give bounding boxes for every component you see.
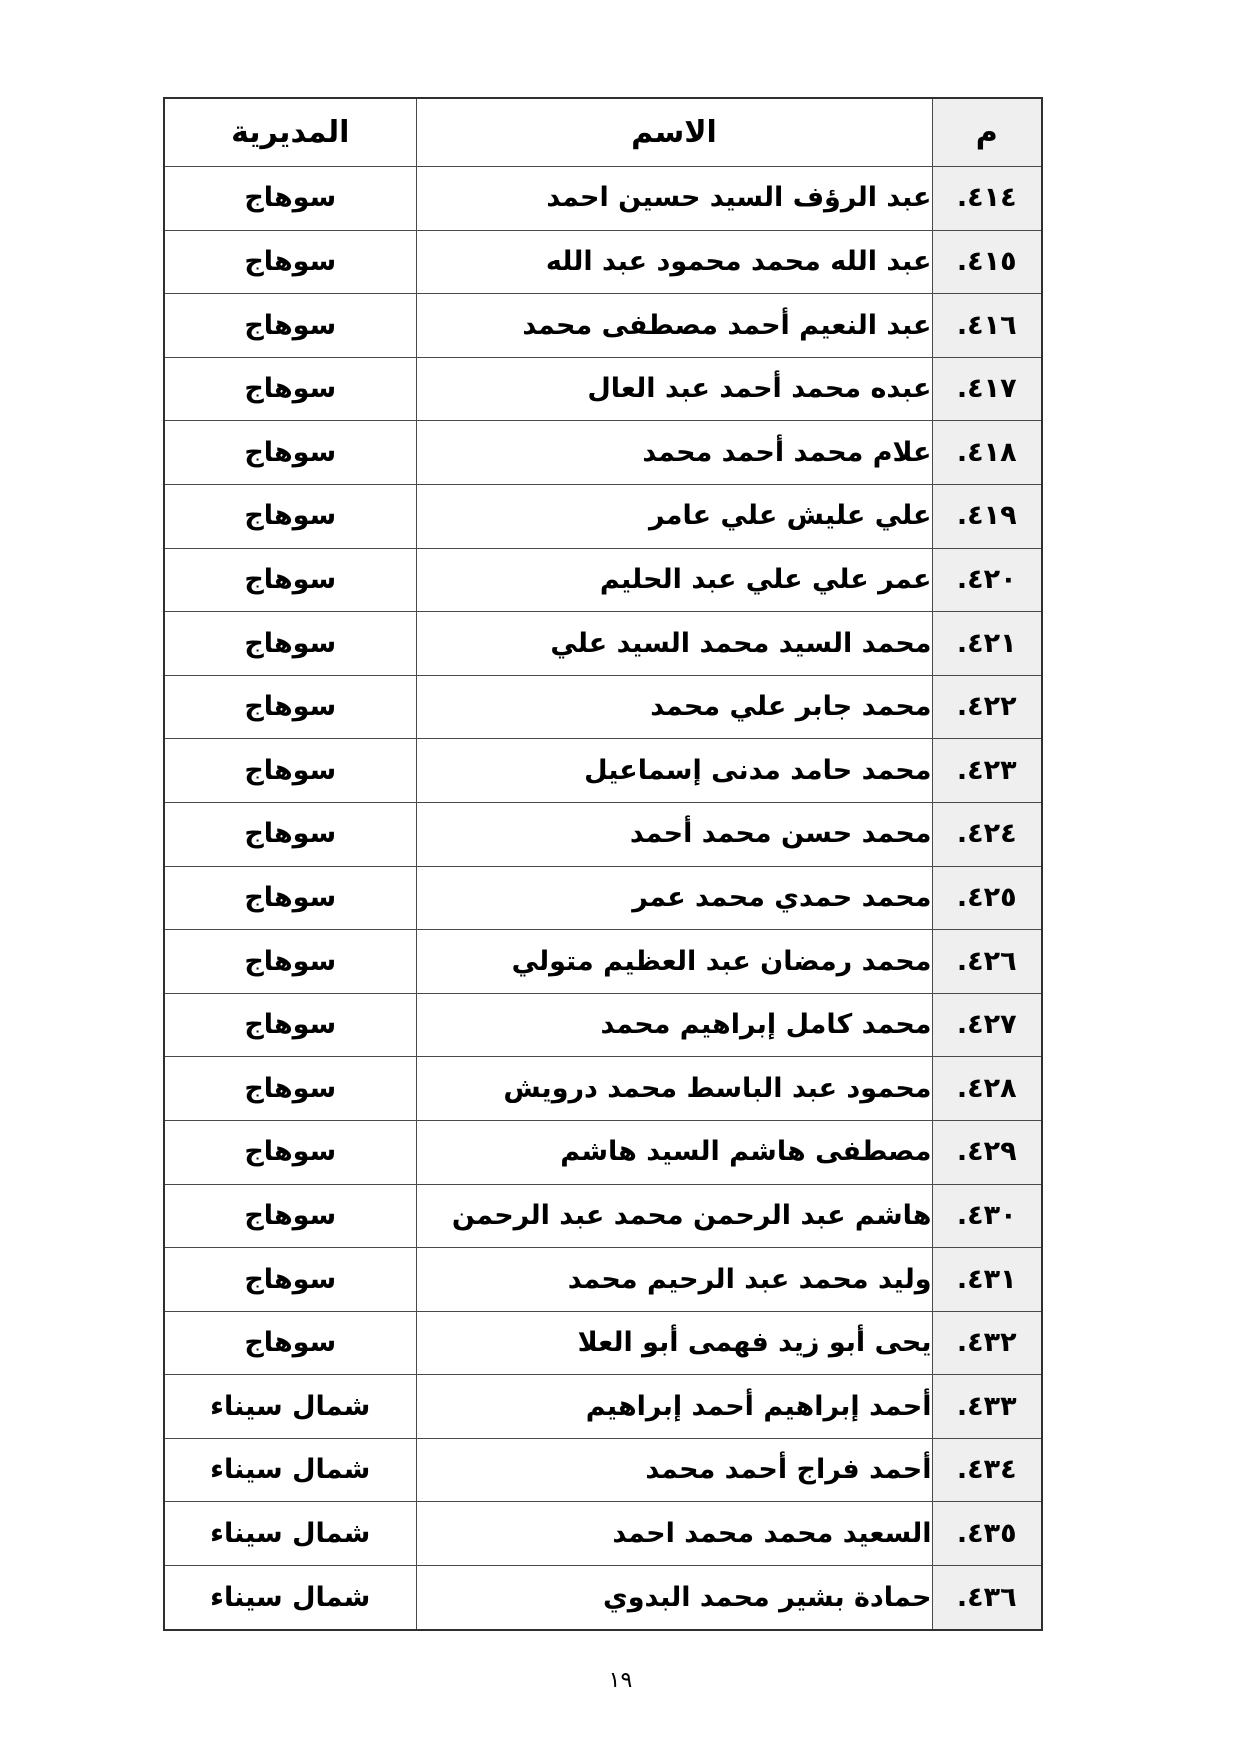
directorate-cell: شمال سيناء xyxy=(164,1502,416,1566)
table-row: ٤٢٠. عمر علي علي عبد الحليم سوهاج xyxy=(164,548,1042,612)
directorate-cell: سوهاج xyxy=(164,230,416,294)
table-row: ٤٢٨. محمود عبد الباسط محمد درويش سوهاج xyxy=(164,1057,1042,1121)
row-number-cell: ٤٢٤. xyxy=(932,802,1042,866)
name-cell: محمد كامل إبراهيم محمد xyxy=(416,993,932,1057)
table-row: ٤٢٢. محمد جابر علي محمد سوهاج xyxy=(164,675,1042,739)
row-number-cell: ٤٣٣. xyxy=(932,1375,1042,1439)
row-number-cell: ٤١٧. xyxy=(932,357,1042,421)
name-cell: محمد حمدي محمد عمر xyxy=(416,866,932,930)
table-row: ٤٣٥. السعيد محمد محمد احمد شمال سيناء xyxy=(164,1502,1042,1566)
row-number-cell: ٤٣٤. xyxy=(932,1438,1042,1502)
page-number: ١٩ xyxy=(0,1668,1241,1693)
table-row: ٤٣٢. يحى أبو زيد فهمى أبو العلا سوهاج xyxy=(164,1311,1042,1375)
name-cell: عبده محمد أحمد عبد العال xyxy=(416,357,932,421)
table-row: ٤١٨. علام محمد أحمد محمد سوهاج xyxy=(164,421,1042,485)
table-row: ٤٣٠. هاشم عبد الرحمن محمد عبد الرحمن سوه… xyxy=(164,1184,1042,1248)
name-cell: حمادة بشير محمد البدوي xyxy=(416,1566,932,1630)
name-cell: مصطفى هاشم السيد هاشم xyxy=(416,1120,932,1184)
directorate-cell: سوهاج xyxy=(164,1184,416,1248)
row-number-cell: ٤٢٦. xyxy=(932,930,1042,994)
row-number-cell: ٤٢٣. xyxy=(932,739,1042,803)
table-row: ٤١٤. عبد الرؤف السيد حسين احمد سوهاج xyxy=(164,167,1042,231)
directorate-cell: سوهاج xyxy=(164,993,416,1057)
row-number-cell: ٤٢٩. xyxy=(932,1120,1042,1184)
name-cell: وليد محمد عبد الرحيم محمد xyxy=(416,1248,932,1312)
name-cell: أحمد إبراهيم أحمد إبراهيم xyxy=(416,1375,932,1439)
table-row: ٤٣١. وليد محمد عبد الرحيم محمد سوهاج xyxy=(164,1248,1042,1312)
name-cell: محمد السيد محمد السيد علي xyxy=(416,612,932,676)
name-cell: محمد جابر علي محمد xyxy=(416,675,932,739)
directorate-cell: سوهاج xyxy=(164,1120,416,1184)
row-number-cell: ٤٣٠. xyxy=(932,1184,1042,1248)
table-row: ٤٣٣. أحمد إبراهيم أحمد إبراهيم شمال سينا… xyxy=(164,1375,1042,1439)
directorate-cell: سوهاج xyxy=(164,739,416,803)
table-row: ٤٢١. محمد السيد محمد السيد علي سوهاج xyxy=(164,612,1042,676)
row-number-cell: ٤١٤. xyxy=(932,167,1042,231)
directorate-cell: سوهاج xyxy=(164,802,416,866)
row-number-cell: ٤٢٥. xyxy=(932,866,1042,930)
header-directorate: المديرية xyxy=(164,98,416,167)
table-row: ٤٢٧. محمد كامل إبراهيم محمد سوهاج xyxy=(164,993,1042,1057)
header-row: م الاسم المديرية xyxy=(164,98,1042,167)
roster-table: م الاسم المديرية ٤١٤. عبد الرؤف السيد حس… xyxy=(163,97,1043,1631)
name-cell: السعيد محمد محمد احمد xyxy=(416,1502,932,1566)
table-row: ٤١٩. علي عليش علي عامر سوهاج xyxy=(164,484,1042,548)
row-number-cell: ٤٣٥. xyxy=(932,1502,1042,1566)
directorate-cell: سوهاج xyxy=(164,484,416,548)
directorate-cell: سوهاج xyxy=(164,930,416,994)
table-row: ٤٢٣. محمد حامد مدنى إسماعيل سوهاج xyxy=(164,739,1042,803)
table-row: ٤١٧. عبده محمد أحمد عبد العال سوهاج xyxy=(164,357,1042,421)
name-cell: عبد الرؤف السيد حسين احمد xyxy=(416,167,932,231)
roster-table-container: م الاسم المديرية ٤١٤. عبد الرؤف السيد حس… xyxy=(165,97,1043,1631)
directorate-cell: سوهاج xyxy=(164,1057,416,1121)
directorate-cell: سوهاج xyxy=(164,675,416,739)
table-row: ٤٣٤. أحمد فراج أحمد محمد شمال سيناء xyxy=(164,1438,1042,1502)
directorate-cell: شمال سيناء xyxy=(164,1375,416,1439)
name-cell: هاشم عبد الرحمن محمد عبد الرحمن xyxy=(416,1184,932,1248)
directorate-cell: سوهاج xyxy=(164,866,416,930)
directorate-cell: شمال سيناء xyxy=(164,1438,416,1502)
row-number-cell: ٤١٦. xyxy=(932,294,1042,358)
name-cell: محمد حسن محمد أحمد xyxy=(416,802,932,866)
directorate-cell: سوهاج xyxy=(164,167,416,231)
row-number-cell: ٤٢٧. xyxy=(932,993,1042,1057)
name-cell: علي عليش علي عامر xyxy=(416,484,932,548)
directorate-cell: سوهاج xyxy=(164,357,416,421)
name-cell: أحمد فراج أحمد محمد xyxy=(416,1438,932,1502)
name-cell: محمود عبد الباسط محمد درويش xyxy=(416,1057,932,1121)
row-number-cell: ٤٢٨. xyxy=(932,1057,1042,1121)
directorate-cell: سوهاج xyxy=(164,421,416,485)
header-index: م xyxy=(932,98,1042,167)
directorate-cell: سوهاج xyxy=(164,612,416,676)
table-row: ٤٢٩. مصطفى هاشم السيد هاشم سوهاج xyxy=(164,1120,1042,1184)
table-row: ٤٢٤. محمد حسن محمد أحمد سوهاج xyxy=(164,802,1042,866)
directorate-cell: سوهاج xyxy=(164,1311,416,1375)
row-number-cell: ٤٢٢. xyxy=(932,675,1042,739)
name-cell: محمد رمضان عبد العظيم متولي xyxy=(416,930,932,994)
name-cell: عمر علي علي عبد الحليم xyxy=(416,548,932,612)
name-cell: علام محمد أحمد محمد xyxy=(416,421,932,485)
table-row: ٤١٥. عبد الله محمد محمود عبد الله سوهاج xyxy=(164,230,1042,294)
row-number-cell: ٤٢١. xyxy=(932,612,1042,676)
table-row: ٤١٦. عبد النعيم أحمد مصطفى محمد سوهاج xyxy=(164,294,1042,358)
directorate-cell: سوهاج xyxy=(164,294,416,358)
table-row: ٤٢٦. محمد رمضان عبد العظيم متولي سوهاج xyxy=(164,930,1042,994)
name-cell: يحى أبو زيد فهمى أبو العلا xyxy=(416,1311,932,1375)
row-number-cell: ٤١٨. xyxy=(932,421,1042,485)
row-number-cell: ٤١٥. xyxy=(932,230,1042,294)
name-cell: عبد النعيم أحمد مصطفى محمد xyxy=(416,294,932,358)
table-row: ٤٣٦. حمادة بشير محمد البدوي شمال سيناء xyxy=(164,1566,1042,1630)
row-number-cell: ٤٣٦. xyxy=(932,1566,1042,1630)
directorate-cell: شمال سيناء xyxy=(164,1566,416,1630)
name-cell: محمد حامد مدنى إسماعيل xyxy=(416,739,932,803)
name-cell: عبد الله محمد محمود عبد الله xyxy=(416,230,932,294)
directorate-cell: سوهاج xyxy=(164,548,416,612)
row-number-cell: ٤٣١. xyxy=(932,1248,1042,1312)
row-number-cell: ٤٢٠. xyxy=(932,548,1042,612)
row-number-cell: ٤١٩. xyxy=(932,484,1042,548)
directorate-cell: سوهاج xyxy=(164,1248,416,1312)
row-number-cell: ٤٣٢. xyxy=(932,1311,1042,1375)
header-name: الاسم xyxy=(416,98,932,167)
table-row: ٤٢٥. محمد حمدي محمد عمر سوهاج xyxy=(164,866,1042,930)
